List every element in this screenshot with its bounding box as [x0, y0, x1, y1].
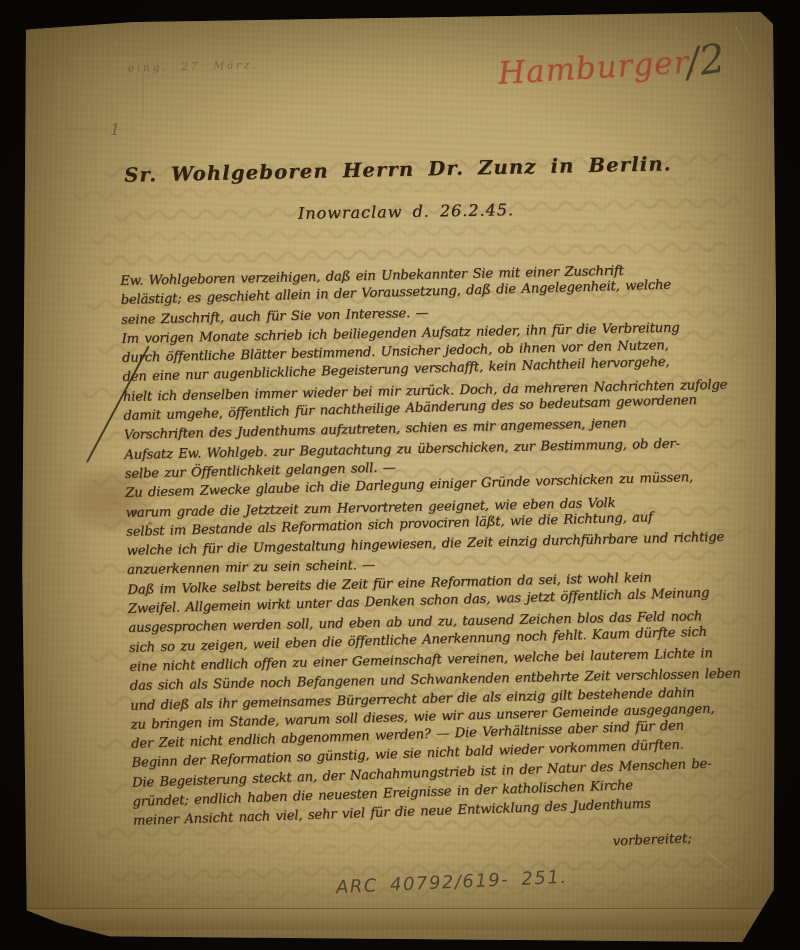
- closing-word: vorbereitet;: [120, 829, 748, 870]
- folio-number-annotation: /2: [683, 36, 728, 87]
- bottom-fold-edge: [26, 908, 768, 930]
- pencil-page-number: 1: [110, 120, 120, 139]
- scan-background: eing. 27 März. Hamburger. /2 1 Sr. Wohlg…: [0, 0, 800, 950]
- archive-reference-number: ARC 40792/619- 251.: [336, 867, 568, 898]
- address-line: Sr. Wohlgeboren Herrn Dr. Zunz in Berlin…: [20, 150, 776, 189]
- letter-body: Ew. Wohlgeboren verzeihigen, daß ein Unb…: [120, 257, 761, 831]
- place-and-date-line: Inowraclaw d. 26.2.45.: [28, 195, 784, 227]
- received-date-note: eing. 27 März.: [128, 58, 258, 74]
- letter-paper-sheet: eing. 27 März. Hamburger. /2 1 Sr. Wohlg…: [20, 10, 776, 942]
- corner-crease: [735, 26, 775, 107]
- red-ink-name-annotation: Hamburger.: [497, 44, 698, 92]
